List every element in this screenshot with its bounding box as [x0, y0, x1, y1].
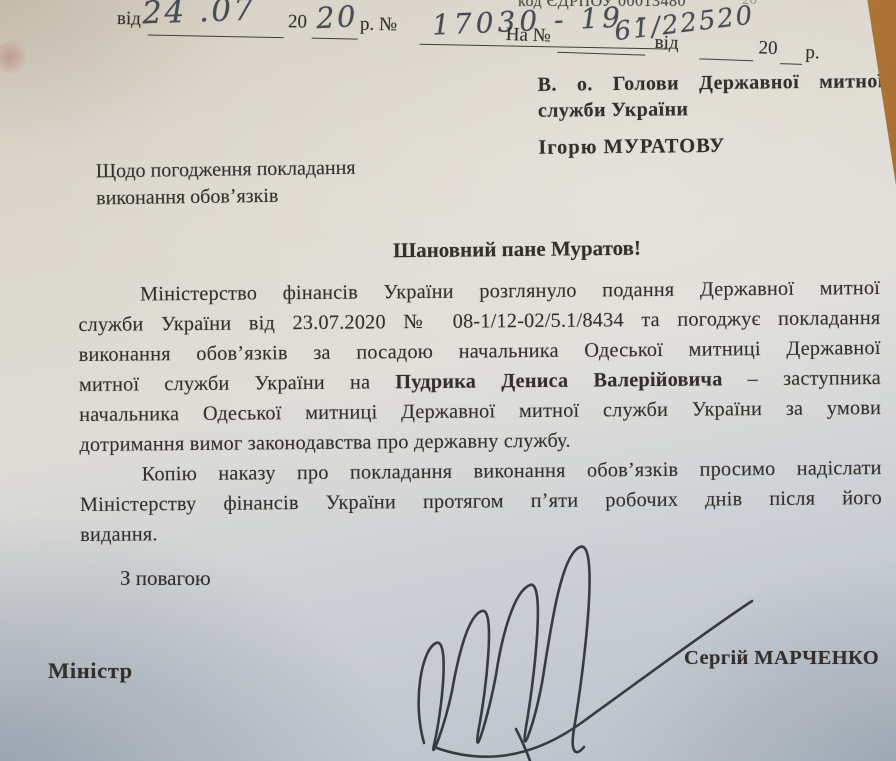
addressee-name: Ігорю МУРАТОВУ: [538, 131, 884, 161]
body-line-pre: митної служби України на: [79, 371, 370, 396]
signer-title: Міністр: [48, 658, 133, 684]
reply-date-blank: [699, 56, 753, 61]
reply-from-label: від: [654, 32, 679, 55]
body-line-post: – заступника: [747, 367, 880, 390]
reply-to-label: На №: [505, 24, 551, 47]
reply-year-suffix: р.: [805, 42, 820, 64]
handwritten-signature-icon: [398, 533, 778, 761]
reply-year-blank: [780, 61, 802, 65]
reply-printed-century: 20: [758, 37, 778, 60]
letter-body: Міністерство фінансів України розглянуло…: [78, 273, 882, 550]
reply-number-blank: [557, 50, 645, 56]
addressee-title-line2: служби України: [538, 94, 884, 124]
document-paper: код ЄДРПОУ 00013480 20 від 20 р. № 24 .0…: [0, 0, 896, 761]
photo-background: код ЄДРПОУ 00013480 20 від 20 р. № 24 .0…: [0, 0, 896, 761]
closing-regards: З повагою: [120, 566, 211, 591]
salutation: Шановний пане Муратов!: [116, 233, 896, 266]
addressee-title-line1: В. о. Голови Державної митної: [538, 68, 884, 98]
addressee-block: В. о. Голови Державної митної служби Укр…: [538, 68, 885, 162]
subject-block: Щодо погодження покладання виконання обо…: [96, 154, 437, 213]
appointee-name: Пудрика Дениса Валерійовича: [395, 368, 722, 393]
subject-line2: виконання обов’язків: [96, 181, 436, 213]
